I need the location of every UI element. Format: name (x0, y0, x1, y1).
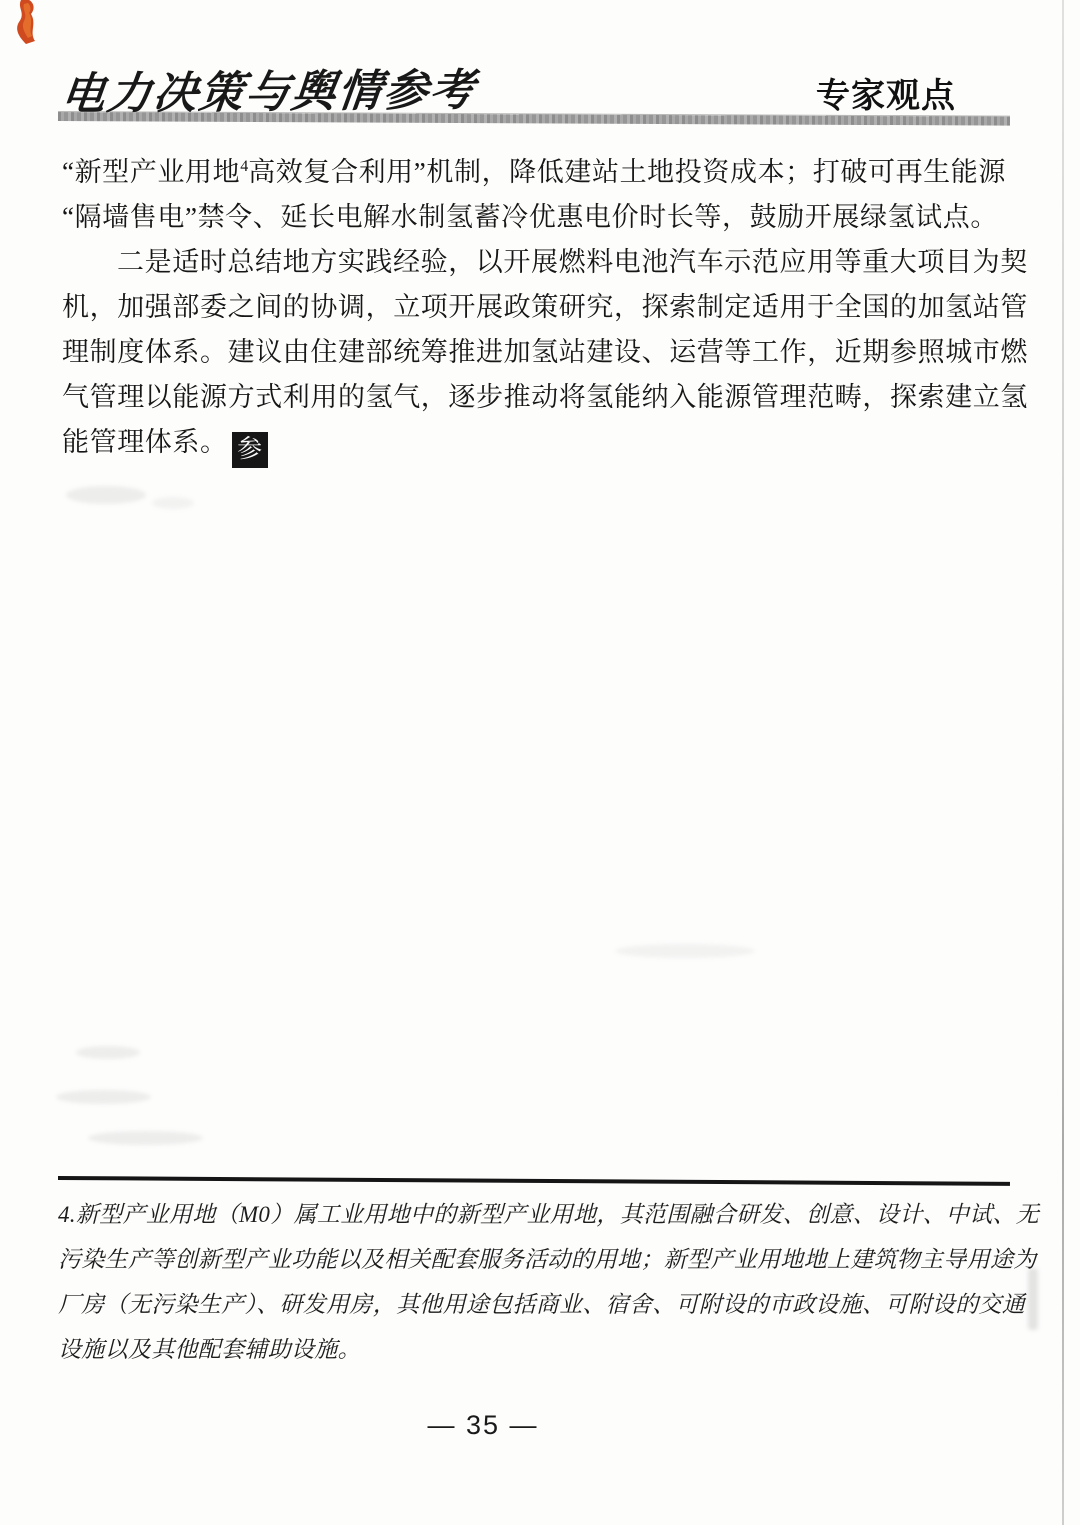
scan-smudge (76, 1046, 140, 1059)
footnote-line-3: 厂房（无污染生产）、研发用房，其他用途包括商业、宿舍、可附设的市政设施、可附设的… (58, 1282, 1014, 1327)
text-line-3: 二是适时总结地方实践经验，以开展燃料电池汽车示范应用等重大项目为契 (62, 240, 1012, 285)
line1-suffix: 高效复合利用”机制，降低建站土地投资成本；打破可再生能源 (248, 157, 1006, 187)
page-number: — 35 — (0, 1410, 966, 1441)
scan-smudge (1028, 1268, 1038, 1330)
footnote-line-1: 4.新型产业用地（M0）属工业用地中的新型产业用地，其范围融合研发、创意、设计、… (58, 1192, 1014, 1237)
text-line-7: 能管理体系。参 (62, 420, 1012, 465)
footnote-line-2: 污染生产等创新型产业功能以及相关配套服务活动的用地；新型产业用地地上建筑物主导用… (58, 1237, 1014, 1282)
text-line-1: “新型产业用地4高效复合利用”机制，降低建站土地投资成本；打破可再生能源 (62, 150, 1012, 195)
footnote-reference-4: 4 (240, 158, 248, 175)
scan-smudge (66, 486, 146, 504)
end-of-article-marker: 参 (233, 433, 267, 467)
line7-text: 能管理体系。 (62, 427, 228, 457)
footnote-separator-rule (58, 1176, 1010, 1186)
footnote-block: 4.新型产业用地（M0）属工业用地中的新型产业用地，其范围融合研发、创意、设计、… (58, 1192, 1014, 1372)
scan-smudge (615, 944, 755, 958)
scanned-document-page: 电力决策与舆情参考 专家观点 “新型产业用地4高效复合利用”机制，降低建站土地投… (0, 0, 1080, 1525)
footnote-line-4: 设施以及其他配套辅助设施。 (58, 1327, 1014, 1372)
scan-smudge (56, 1090, 151, 1104)
text-line-4: 机，加强部委之间的协调，立项开展政策研究，探索制定适用于全国的加氢站管 (62, 285, 1012, 330)
red-corner-ink-mark (12, 0, 42, 44)
line1-prefix: “新型产业用地 (62, 157, 240, 187)
text-line-6: 气管理以能源方式利用的氢气，逐步推动将氢能纳入能源管理范畴，探索建立氢 (62, 375, 1012, 420)
text-line-2: “隔墙售电”禁令、延长电解水制氢蓄冷优惠电价时长等，鼓励开展绿氢试点。 (62, 195, 1012, 240)
text-line-5: 理制度体系。建议由住建部统筹推进加氢站建设、运营等工作，近期参照城市燃 (62, 330, 1012, 375)
scan-smudge (152, 497, 194, 509)
article-body: “新型产业用地4高效复合利用”机制，降低建站土地投资成本；打破可再生能源 “隔墙… (62, 150, 1012, 465)
scan-edge-line (1062, 0, 1064, 1525)
scan-smudge (88, 1131, 203, 1145)
section-title: 专家观点 (816, 68, 956, 117)
